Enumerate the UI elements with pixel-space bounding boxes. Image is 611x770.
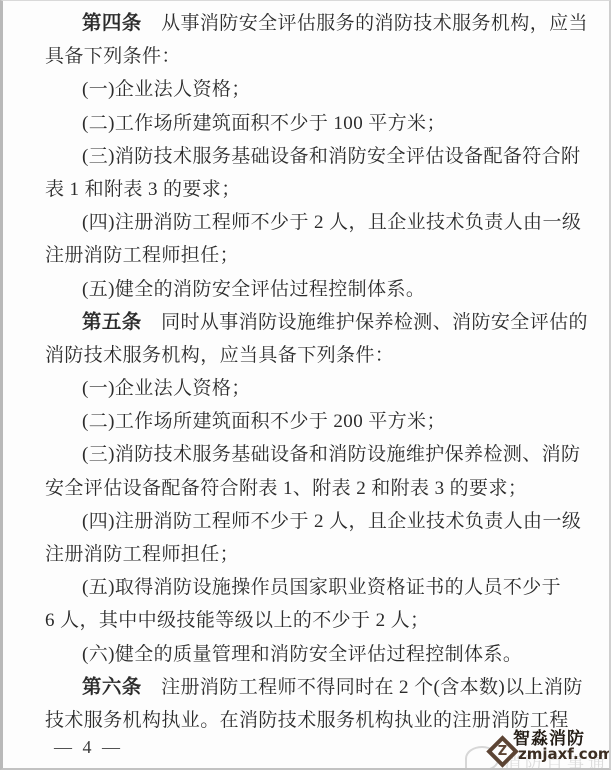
text-segment: 注册消防工程师不得同时在 2 个(含本数)以上消防 bbox=[142, 677, 583, 698]
text-segment: 6 人，其中中级技能等级以上的不少于 2 人； bbox=[45, 610, 429, 631]
brand-domain: zmjaxf.com bbox=[518, 745, 611, 763]
page-number: — 4 — bbox=[54, 737, 123, 757]
text-segment: (四)注册消防工程师不少于 2 人，且企业技术负责人由一级 bbox=[82, 511, 581, 532]
text-line: 安全评估设备配备符合附表 1、附表 2 和附表 3 的要求； bbox=[45, 472, 557, 505]
text-line: 第四条 从事消防安全评估服务的消防技术服务机构，应当 bbox=[45, 7, 557, 40]
text-line: (一)企业法人资格； bbox=[45, 73, 557, 106]
document-body: 第四条 从事消防安全评估服务的消防技术服务机构，应当具备下列条件：(一)企业法人… bbox=[45, 7, 557, 737]
text-segment: (五)取得消防设施操作员国家职业资格证书的人员不少于 bbox=[82, 577, 561, 598]
text-segment: 从事消防安全评估服务的消防技术服务机构，应当 bbox=[142, 13, 588, 34]
text-segment: 安全评估设备配备符合附表 1、附表 2 和附表 3 的要求； bbox=[45, 478, 527, 499]
text-line: (五)健全的消防安全评估过程控制体系。 bbox=[45, 273, 557, 306]
text-line: 6 人，其中中级技能等级以上的不少于 2 人； bbox=[45, 604, 557, 637]
text-segment: (六)健全的质量管理和消防安全评估过程控制体系。 bbox=[82, 644, 522, 665]
text-line: 第五条 同时从事消防设施维护保养检测、消防安全评估的 bbox=[45, 306, 557, 339]
article-number: 第五条 bbox=[82, 311, 142, 333]
watermark: 消防百事通 Z 智淼消防 zmjaxf.com bbox=[456, 722, 611, 770]
text-segment: (二)工作场所建筑面积不少于 200 平方米； bbox=[82, 411, 446, 432]
text-segment: (一)企业法人资格； bbox=[82, 378, 251, 399]
text-line: 消防技术服务机构，应当具备下列条件： bbox=[45, 339, 557, 372]
text-segment: 具备下列条件： bbox=[45, 46, 181, 67]
text-segment: 表 1 和附表 3 的要求； bbox=[45, 179, 241, 200]
text-segment: (三)消防技术服务基础设备和消防安全评估设备配备符合附 bbox=[82, 146, 580, 167]
text-line: (二)工作场所建筑面积不少于 200 平方米； bbox=[45, 405, 557, 438]
scanned-document-page: 第四条 从事消防安全评估服务的消防技术服务机构，应当具备下列条件：(一)企业法人… bbox=[0, 0, 611, 770]
text-line: 第六条 注册消防工程师不得同时在 2 个(含本数)以上消防 bbox=[45, 671, 557, 704]
text-segment: 注册消防工程师担任； bbox=[45, 245, 239, 266]
text-segment: (四)注册消防工程师不少于 2 人，且企业技术负责人由一级 bbox=[82, 212, 581, 233]
text-line: (一)企业法人资格； bbox=[45, 372, 557, 405]
text-segment: (三)消防技术服务基础设备和消防设施维护保养检测、消防 bbox=[82, 444, 580, 465]
article-number: 第六条 bbox=[82, 676, 142, 698]
text-segment: 注册消防工程师担任； bbox=[45, 544, 239, 565]
text-line: 注册消防工程师担任； bbox=[45, 239, 557, 272]
text-segment: 同时从事消防设施维护保养检测、消防安全评估的 bbox=[142, 312, 588, 333]
text-line: 具备下列条件： bbox=[45, 40, 557, 73]
text-line: (三)消防技术服务基础设备和消防安全评估设备配备符合附 bbox=[45, 140, 557, 173]
text-line: (四)注册消防工程师不少于 2 人，且企业技术负责人由一级 bbox=[45, 505, 557, 538]
logo-z-glyph: Z bbox=[495, 744, 510, 759]
text-line: (三)消防技术服务基础设备和消防设施维护保养检测、消防 bbox=[45, 438, 557, 471]
text-segment: (一)企业法人资格； bbox=[82, 79, 251, 100]
text-line: (六)健全的质量管理和消防安全评估过程控制体系。 bbox=[45, 638, 557, 671]
text-line: 表 1 和附表 3 的要求； bbox=[45, 173, 557, 206]
text-segment: 消防技术服务机构，应当具备下列条件： bbox=[45, 345, 394, 366]
text-segment: (五)健全的消防安全评估过程控制体系。 bbox=[82, 279, 425, 300]
text-segment: (二)工作场所建筑面积不少于 100 平方米； bbox=[82, 113, 446, 134]
text-line: (二)工作场所建筑面积不少于 100 平方米； bbox=[45, 107, 557, 140]
article-number: 第四条 bbox=[82, 12, 142, 34]
page-footer: — 4 — bbox=[54, 737, 123, 758]
text-line: (五)取得消防设施操作员国家职业资格证书的人员不少于 bbox=[45, 571, 557, 604]
text-line: 注册消防工程师担任； bbox=[45, 538, 557, 571]
text-line: (四)注册消防工程师不少于 2 人，且企业技术负责人由一级 bbox=[45, 206, 557, 239]
